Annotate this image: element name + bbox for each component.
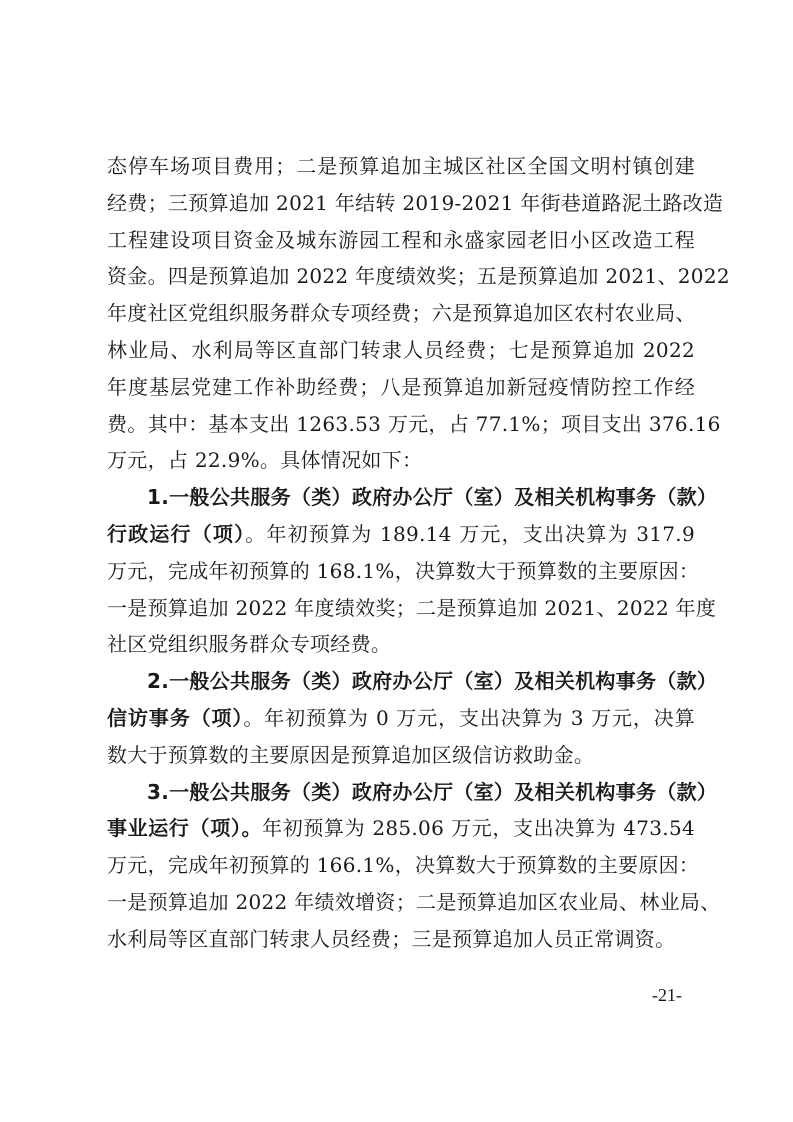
text-line: 万元，占 22.9%。具体情况如下：: [107, 442, 695, 479]
text-line: 经费；三预算追加 2021 年结转 2019-2021 年街巷道路泥土路改造: [107, 185, 695, 222]
text-line: 林业局、水利局等区直部门转隶人员经费；七是预算追加 2022: [107, 332, 695, 369]
item-heading-rest: 。年初预算为 0 万元，支出决算为 3 万元，决算: [243, 706, 695, 730]
page-number: -21-: [652, 985, 682, 1006]
body-text: 态停车场项目费用；二是预算追加主城区社区全国文明村镇创建 经费；三预算追加 20…: [107, 148, 695, 958]
item-heading-bold: 信访事务（项）: [107, 706, 243, 730]
text-line: 资金。四是预算追加 2022 年度绩效奖；五是预算追加 2021、2022: [107, 258, 695, 295]
text-line: 年度社区党组织服务群众专项经费；六是预算追加区农村农业局、: [107, 295, 695, 332]
text-line: 费。其中：基本支出 1263.53 万元，占 77.1%；项目支出 376.16: [107, 406, 695, 443]
text-line: 一是预算追加 2022 年度绩效奖；二是预算追加 2021、2022 年度: [107, 590, 695, 627]
item-heading-rest: 年初预算为 285.06 万元，支出决算为 473.54: [262, 816, 695, 840]
text-line: 社区党组织服务群众专项经费。: [107, 626, 695, 663]
intro-paragraph: 态停车场项目费用；二是预算追加主城区社区全国文明村镇创建 经费；三预算追加 20…: [107, 148, 695, 479]
text-line: 年度基层党建工作补助经费；八是预算追加新冠疫情防控工作经: [107, 369, 695, 406]
item-1-paragraph: 1.一般公共服务（类）政府办公厅（室）及相关机构事务（款） 行政运行（项）。年初…: [107, 479, 695, 663]
item-heading: 3.一般公共服务（类）政府办公厅（室）及相关机构事务（款）: [107, 774, 695, 811]
text-line: 水利局等区直部门转隶人员经费；三是预算追加人员正常调资。: [107, 921, 695, 958]
item-heading-rest: 。年初预算为 189.14 万元，支出决算为 317.9: [245, 522, 695, 546]
text-line: 态停车场项目费用；二是预算追加主城区社区全国文明村镇创建: [107, 148, 695, 185]
item-heading-bold: 行政运行（项）: [107, 522, 245, 546]
text-line: 事业运行（项）。年初预算为 285.06 万元，支出决算为 473.54: [107, 810, 695, 847]
text-line: 一是预算追加 2022 年绩效增资；二是预算追加区农业局、林业局、: [107, 884, 695, 921]
text-line: 数大于预算数的主要原因是预算追加区级信访救助金。: [107, 737, 695, 774]
text-line: 万元，完成年初预算的 168.1%，决算数大于预算数的主要原因：: [107, 553, 695, 590]
item-3-paragraph: 3.一般公共服务（类）政府办公厅（室）及相关机构事务（款） 事业运行（项）。年初…: [107, 774, 695, 958]
text-line: 行政运行（项）。年初预算为 189.14 万元，支出决算为 317.9: [107, 516, 695, 553]
item-2-paragraph: 2.一般公共服务（类）政府办公厅（室）及相关机构事务（款） 信访事务（项）。年初…: [107, 663, 695, 773]
document-page: 态停车场项目费用；二是预算追加主城区社区全国文明村镇创建 经费；三预算追加 20…: [0, 0, 793, 1122]
text-line: 工程建设项目资金及城东游园工程和永盛家园老旧小区改造工程: [107, 222, 695, 259]
item-heading-bold: 事业运行（项）。: [107, 816, 262, 840]
text-line: 信访事务（项）。年初预算为 0 万元，支出决算为 3 万元，决算: [107, 700, 695, 737]
item-heading: 1.一般公共服务（类）政府办公厅（室）及相关机构事务（款）: [107, 479, 695, 516]
item-heading: 2.一般公共服务（类）政府办公厅（室）及相关机构事务（款）: [107, 663, 695, 700]
text-line: 万元，完成年初预算的 166.1%，决算数大于预算数的主要原因：: [107, 847, 695, 884]
